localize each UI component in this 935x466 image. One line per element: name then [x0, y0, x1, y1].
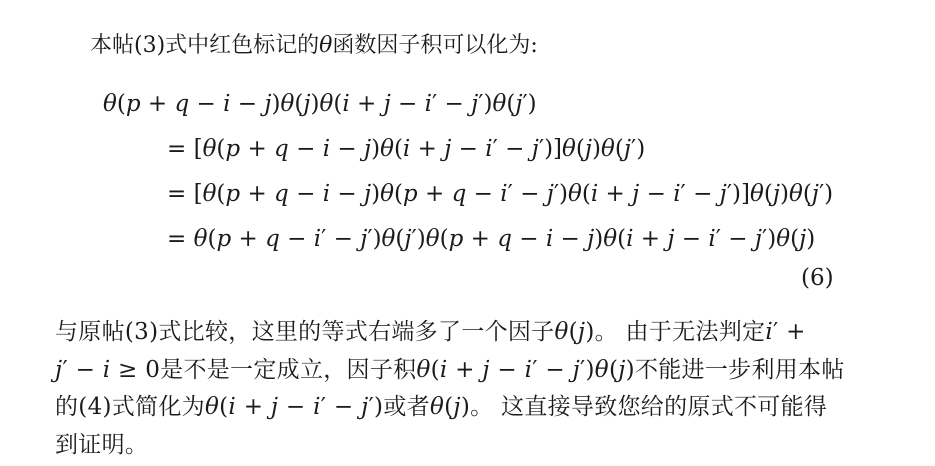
equation-line-1: θ(p + q − i − j)θ(j)θ(i + j − i′ − j′)θ(…: [103, 91, 537, 117]
paragraph-line-3: 的(4)式简化为θ(i + j − i′ − j′)或者θ(j)。 这直接导致您…: [55, 389, 915, 427]
paragraph-line-4: 到证明。: [55, 427, 915, 465]
intro-text: 本帖(3)式中红色标记的θ函数因子积可以化为:: [90, 28, 538, 59]
body-paragraph: 与原帖(3)式比较，这里的等式右端多了一个因子θ(j)。 由于无法判定i′ + …: [55, 314, 915, 464]
equation-number: (6): [801, 265, 834, 291]
document-page: { "document": { "colors": { "text": "#1b…: [0, 0, 935, 466]
equation-line-2: = [θ(p + q − i − j)θ(i + j − i′ − j′)]θ(…: [167, 136, 645, 162]
paragraph-line-2: j′ − i ≥ 0是不是一定成立，因子积θ(i + j − i′ − j′)θ…: [55, 352, 915, 390]
equation-line-3: = [θ(p + q − i − j)θ(p + q − i′ − j′)θ(i…: [167, 181, 833, 207]
paragraph-line-1: 与原帖(3)式比较，这里的等式右端多了一个因子θ(j)。 由于无法判定i′ +: [55, 314, 915, 352]
equation-line-4: = θ(p + q − i′ − j′)θ(j′)θ(p + q − i − j…: [167, 226, 815, 252]
